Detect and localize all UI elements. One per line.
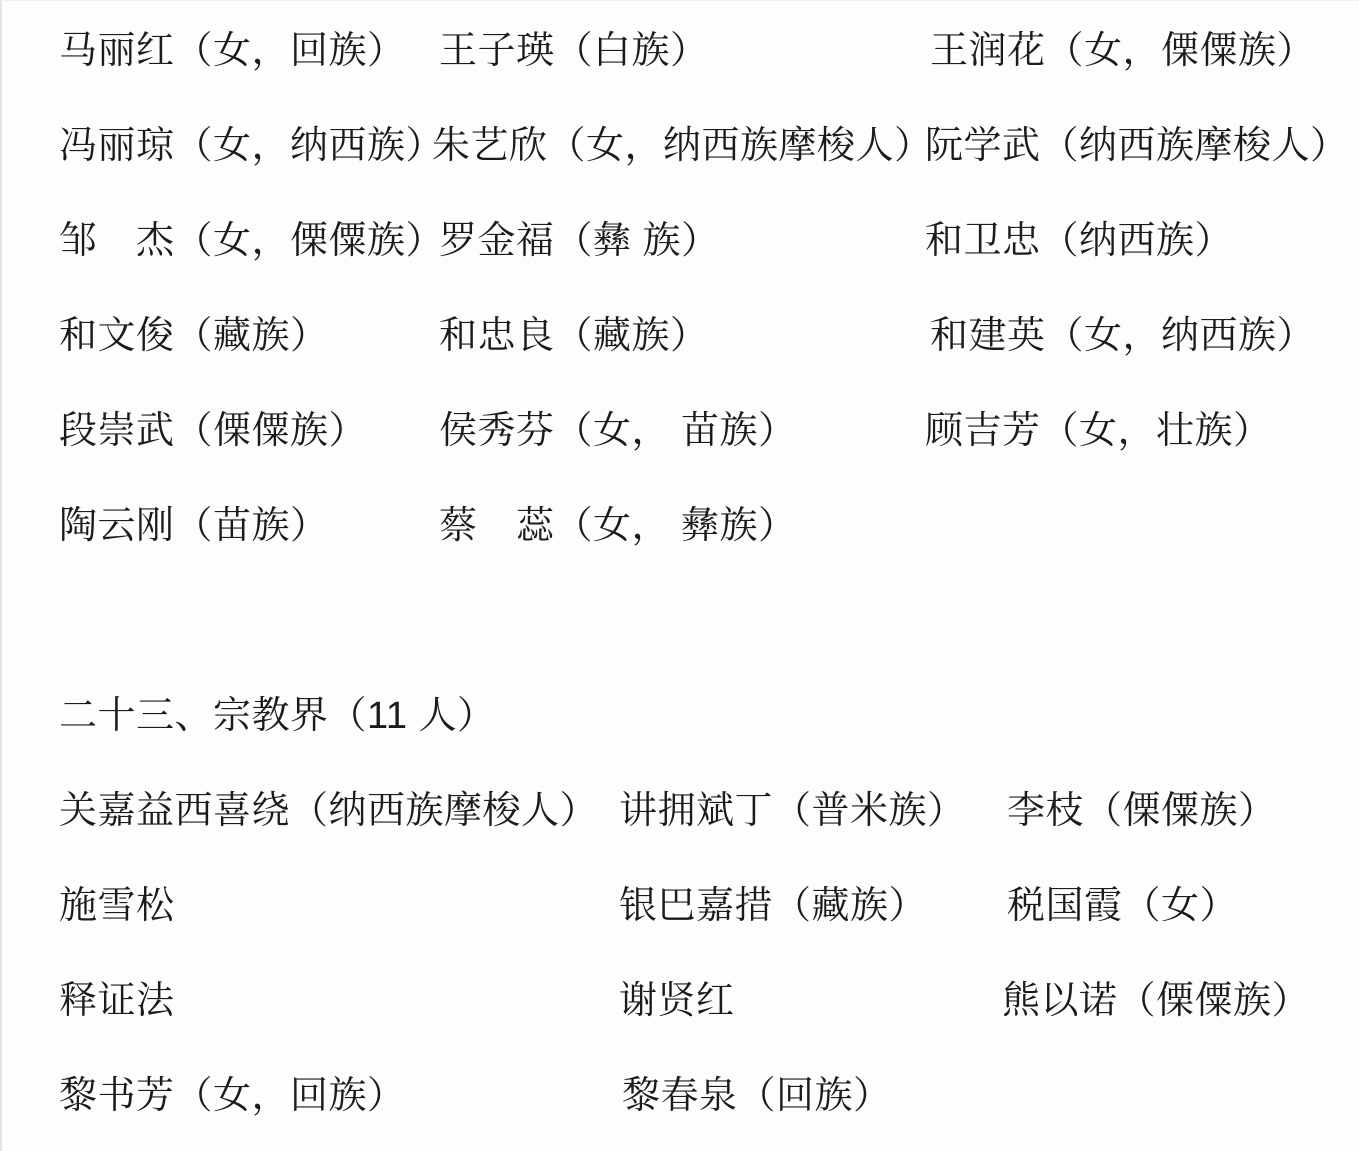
person-entry: 施雪松: [59, 887, 175, 925]
person-entry: 关嘉益西喜绕（纳西族摩梭人）: [59, 792, 598, 830]
person-entry: 李枝（傈僳族）: [1007, 792, 1277, 830]
person-entry: 和文俊（藏族）: [59, 317, 329, 355]
person-entry: 黎书芳（女，回族）: [59, 1077, 406, 1115]
person-entry: 释证法: [59, 982, 175, 1020]
person-entry: 阮学武（纳西族摩梭人）: [925, 127, 1349, 165]
person-entry: 熊以诺（傈僳族）: [1002, 982, 1310, 1020]
person-entry: 冯丽琼（女，纳西族）: [59, 127, 444, 165]
person-entry: 黎春泉（回族）: [622, 1077, 892, 1115]
person-entry: 和建英（女，纳西族）: [930, 317, 1315, 355]
person-entry: 段崇武（傈僳族）: [59, 412, 367, 450]
person-entry: 顾吉芳（女，壮族）: [925, 412, 1272, 450]
person-entry: 银巴嘉措（藏族）: [619, 887, 927, 925]
person-entry: 蔡 蕊（女， 彝族）: [439, 507, 797, 545]
person-entry: 罗金福（彝 族）: [439, 222, 720, 260]
person-entry: 和忠良（藏族）: [439, 317, 709, 355]
person-entry: 王子瑛（白族）: [439, 32, 709, 70]
document-page: 马丽红（女，回族） 王子瑛（白族） 王润花（女，傈僳族） 冯丽琼（女，纳西族） …: [0, 0, 1359, 1151]
person-entry: 邹 杰（女，傈僳族）: [59, 222, 444, 260]
person-entry: 王润花（女，傈僳族）: [930, 32, 1315, 70]
person-entry: 讲拥斌丁（普米族）: [619, 792, 966, 830]
person-entry: 朱艺欣（女，纳西族摩梭人）: [432, 127, 933, 165]
person-entry: 税国霞（女）: [1007, 887, 1238, 925]
person-entry: 陶云刚（苗族）: [59, 507, 329, 545]
person-entry: 马丽红（女，回族）: [59, 32, 406, 70]
section-heading: 二十三、宗教界（11 人）: [59, 697, 496, 735]
person-entry: 侯秀芬（女， 苗族）: [439, 412, 797, 450]
person-entry: 谢贤红: [619, 982, 735, 1020]
person-entry: 和卫忠（纳西族）: [925, 222, 1233, 260]
